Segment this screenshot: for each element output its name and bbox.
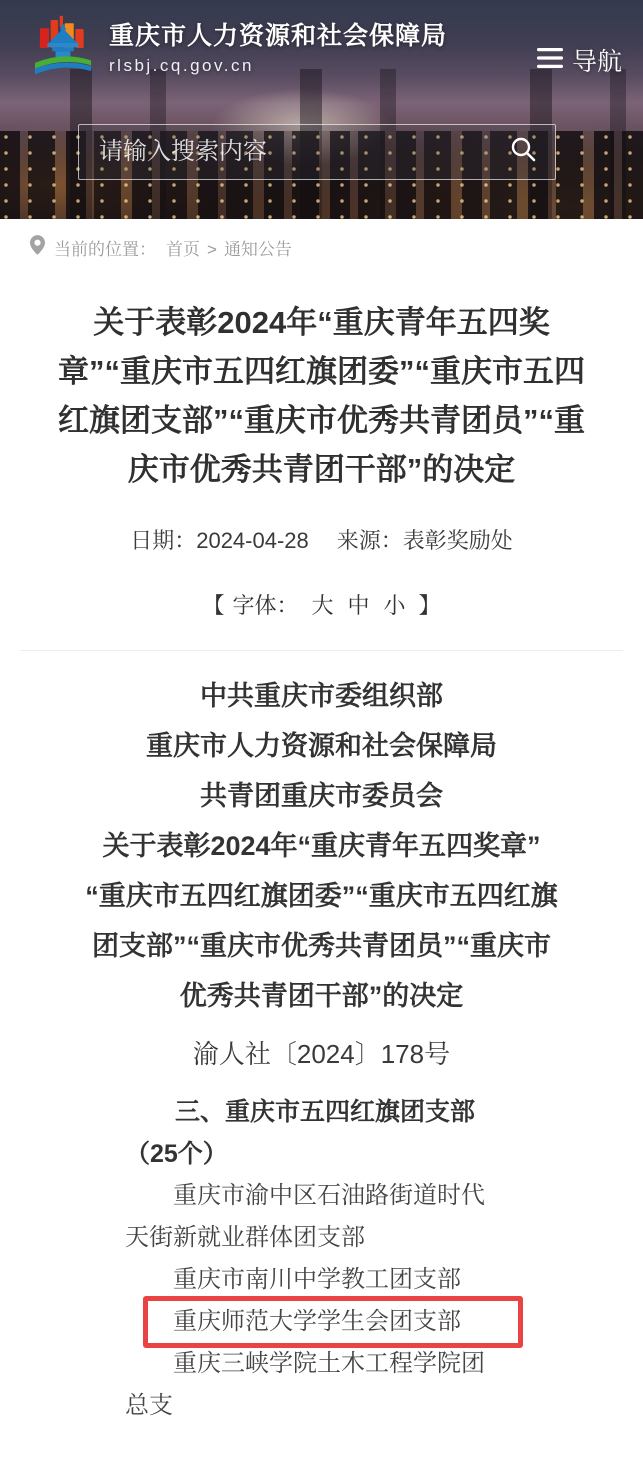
nav-label: 导航 xyxy=(572,42,622,78)
site-logo-icon[interactable] xyxy=(30,15,96,81)
body-line: 天街新就业群体团支部 xyxy=(0,1217,643,1259)
article-title-line: 关于表彰2024年“重庆青年五四奖 xyxy=(26,298,617,347)
body-line: 优秀共青团干部”的决定 xyxy=(0,971,643,1021)
body-line: 中共重庆市委组织部 xyxy=(0,671,643,721)
nav-menu-button[interactable]: 导航 xyxy=(537,42,622,78)
body-line: 重庆市南川中学教工团支部 xyxy=(0,1259,643,1301)
source-value: 表彰奖励处 xyxy=(403,528,513,553)
article-title-line: 章”“重庆市五四红旗团委”“重庆市五四 xyxy=(26,347,617,396)
search-icon[interactable] xyxy=(510,136,537,168)
breadcrumb-label: 当前的位置： xyxy=(54,235,156,260)
font-selector-open-bracket: 【 xyxy=(202,593,224,618)
font-selector-label: 字体： xyxy=(232,593,298,618)
source-label: 来源： xyxy=(337,528,403,553)
font-size-option-小[interactable]: 小 xyxy=(384,593,406,618)
divider xyxy=(20,650,623,651)
article: 关于表彰2024年“重庆青年五四奖章”“重庆市五四红旗团委”“重庆市五四红旗团支… xyxy=(0,298,643,1453)
body-line: 总支 xyxy=(0,1385,643,1427)
body-line: 关于表彰2024年“重庆青年五四奖章” xyxy=(0,821,643,871)
body-line-highlighted: 重庆师范大学学生会团支部 xyxy=(0,1301,643,1343)
site-domain: rlsbj.cq.gov.cn xyxy=(109,56,447,76)
search-bar[interactable] xyxy=(78,124,556,180)
breadcrumb-separator: > xyxy=(207,240,217,259)
article-title-line: 红旗团支部”“重庆市优秀共青团员”“重 xyxy=(26,396,617,445)
page: 重庆市人力资源和社会保障局 rlsbj.cq.gov.cn 导航 xyxy=(0,0,643,1463)
body-line: （25个） xyxy=(0,1133,643,1175)
body-line: 团支部”“重庆市优秀共青团员”“重庆市 xyxy=(0,921,643,971)
font-size-options: 大中小 xyxy=(304,593,412,618)
article-body: 中共重庆市委组织部重庆市人力资源和社会保障局共青团重庆市委员会关于表彰2024年… xyxy=(0,671,643,1453)
body-line: 三、重庆市五四红旗团支部 xyxy=(0,1091,643,1133)
body-line: 共青团重庆市委员会 xyxy=(0,771,643,821)
body-line: 重庆市人力资源和社会保障局 xyxy=(0,721,643,771)
body-line: 重庆市渝中区石油路街道时代 xyxy=(0,1175,643,1217)
article-title: 关于表彰2024年“重庆青年五四奖章”“重庆市五四红旗团委”“重庆市五四红旗团支… xyxy=(26,298,617,494)
site-title-block: 重庆市人力资源和社会保障局 rlsbj.cq.gov.cn xyxy=(109,21,447,76)
search-input[interactable] xyxy=(99,138,510,166)
font-size-selector: 【字体：大中小】 xyxy=(0,589,643,620)
body-line: “重庆市五四红旗团委”“重庆市五四红旗 xyxy=(0,871,643,921)
font-size-option-大[interactable]: 大 xyxy=(311,593,333,618)
site-header: 重庆市人力资源和社会保障局 rlsbj.cq.gov.cn 导航 xyxy=(0,0,643,219)
body-line: 重庆三峡学院土木工程学院团 xyxy=(0,1343,643,1385)
location-pin-icon xyxy=(30,235,45,260)
article-meta: 日期：2024-04-28来源：表彰奖励处 xyxy=(0,524,643,555)
site-name: 重庆市人力资源和社会保障局 xyxy=(109,21,447,51)
date-label: 日期： xyxy=(130,528,196,553)
font-selector-close-bracket: 】 xyxy=(419,593,441,618)
date-value: 2024-04-28 xyxy=(196,528,309,553)
body-line: 渝人社〔2024〕178号 xyxy=(0,1029,643,1079)
font-size-option-中[interactable]: 中 xyxy=(348,593,370,618)
breadcrumb-item-2[interactable]: 通知公告 xyxy=(224,240,292,259)
breadcrumb-items: 首页>通知公告 xyxy=(166,235,292,260)
site-brand: 重庆市人力资源和社会保障局 rlsbj.cq.gov.cn xyxy=(30,15,447,81)
breadcrumb: 当前的位置： 首页>通知公告 xyxy=(0,219,643,276)
hamburger-icon xyxy=(537,48,563,73)
highlight-box xyxy=(143,1296,523,1348)
article-title-line: 庆市优秀共青团干部”的决定 xyxy=(26,445,617,494)
breadcrumb-item-1[interactable]: 首页 xyxy=(166,240,200,259)
